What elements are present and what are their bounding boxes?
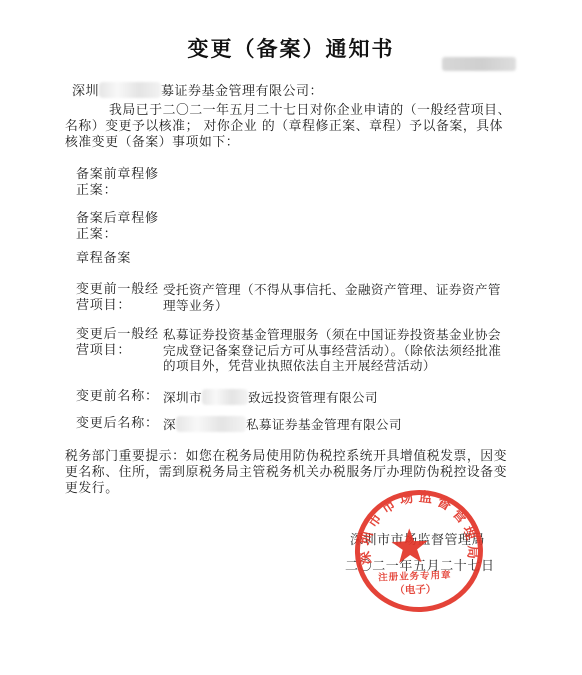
row-value: 私募证券投资基金管理服务（须在中国证券投资基金业协会完成登记备案登记后方可从事经… xyxy=(163,327,509,374)
seal-caption: 注册业务专用章 xyxy=(378,569,452,584)
official-seal: 深圳市市场监督管理局 注册业务专用章 （电子） xyxy=(351,486,489,619)
table-row: 备案前章程修正案： xyxy=(76,167,172,198)
value-prefix: 深圳市 xyxy=(163,390,202,405)
addressee-suffix: 募证券基金管理有限公司： xyxy=(161,84,323,99)
redaction-block xyxy=(202,389,248,405)
notice-document: 变更（备案）通知书 深圳募证券基金管理有限公司： 我局已于二〇二一年五月二十七日… xyxy=(0,0,582,675)
addressee-prefix: 深圳 xyxy=(72,84,99,99)
row-label: 变更前名称： xyxy=(76,389,172,405)
row-label: 备案后章程修正案： xyxy=(76,211,172,242)
redaction-block xyxy=(442,57,516,71)
table-row: 章程备案 xyxy=(76,251,172,267)
value-suffix: 私募证券基金管理有限公司 xyxy=(246,417,402,432)
addressee-line: 深圳募证券基金管理有限公司： xyxy=(72,80,323,99)
table-row: 变更前一般经营项目： 受托资产管理（不得从事信托、金融资产管理、证券资产管理等业… xyxy=(76,282,172,313)
row-value: 深圳市致远投资管理有限公司 xyxy=(163,389,509,406)
star-icon xyxy=(391,528,428,564)
row-value: 深私募证券基金管理有限公司 xyxy=(163,416,509,433)
row-label: 变更后一般经营项目： xyxy=(76,327,172,358)
redaction-block xyxy=(99,82,161,98)
value-prefix: 深 xyxy=(163,417,176,432)
row-label: 变更后名称： xyxy=(76,416,172,432)
row-label: 备案前章程修正案： xyxy=(76,167,172,198)
value-suffix: 致远投资管理有限公司 xyxy=(248,390,378,405)
table-row: 变更后名称： 深私募证券基金管理有限公司 xyxy=(76,416,172,432)
table-row: 变更前名称： 深圳市致远投资管理有限公司 xyxy=(76,389,172,405)
table-row: 变更后一般经营项目： 私募证券投资基金管理服务（须在中国证券投资基金业协会完成登… xyxy=(76,327,172,358)
redaction-block xyxy=(176,416,246,432)
intro-paragraph: 我局已于二〇二一年五月二十七日对你企业申请的（一般经营项目、名称）变更予以核准；… xyxy=(65,103,512,151)
seal-subcaption: （电子） xyxy=(394,582,436,596)
row-label: 章程备案 xyxy=(76,251,172,267)
table-row: 备案后章程修正案： xyxy=(76,211,172,242)
row-label: 变更前一般经营项目： xyxy=(76,282,172,313)
row-value: 受托资产管理（不得从事信托、金融资产管理、证券资产管理等业务） xyxy=(163,282,509,313)
